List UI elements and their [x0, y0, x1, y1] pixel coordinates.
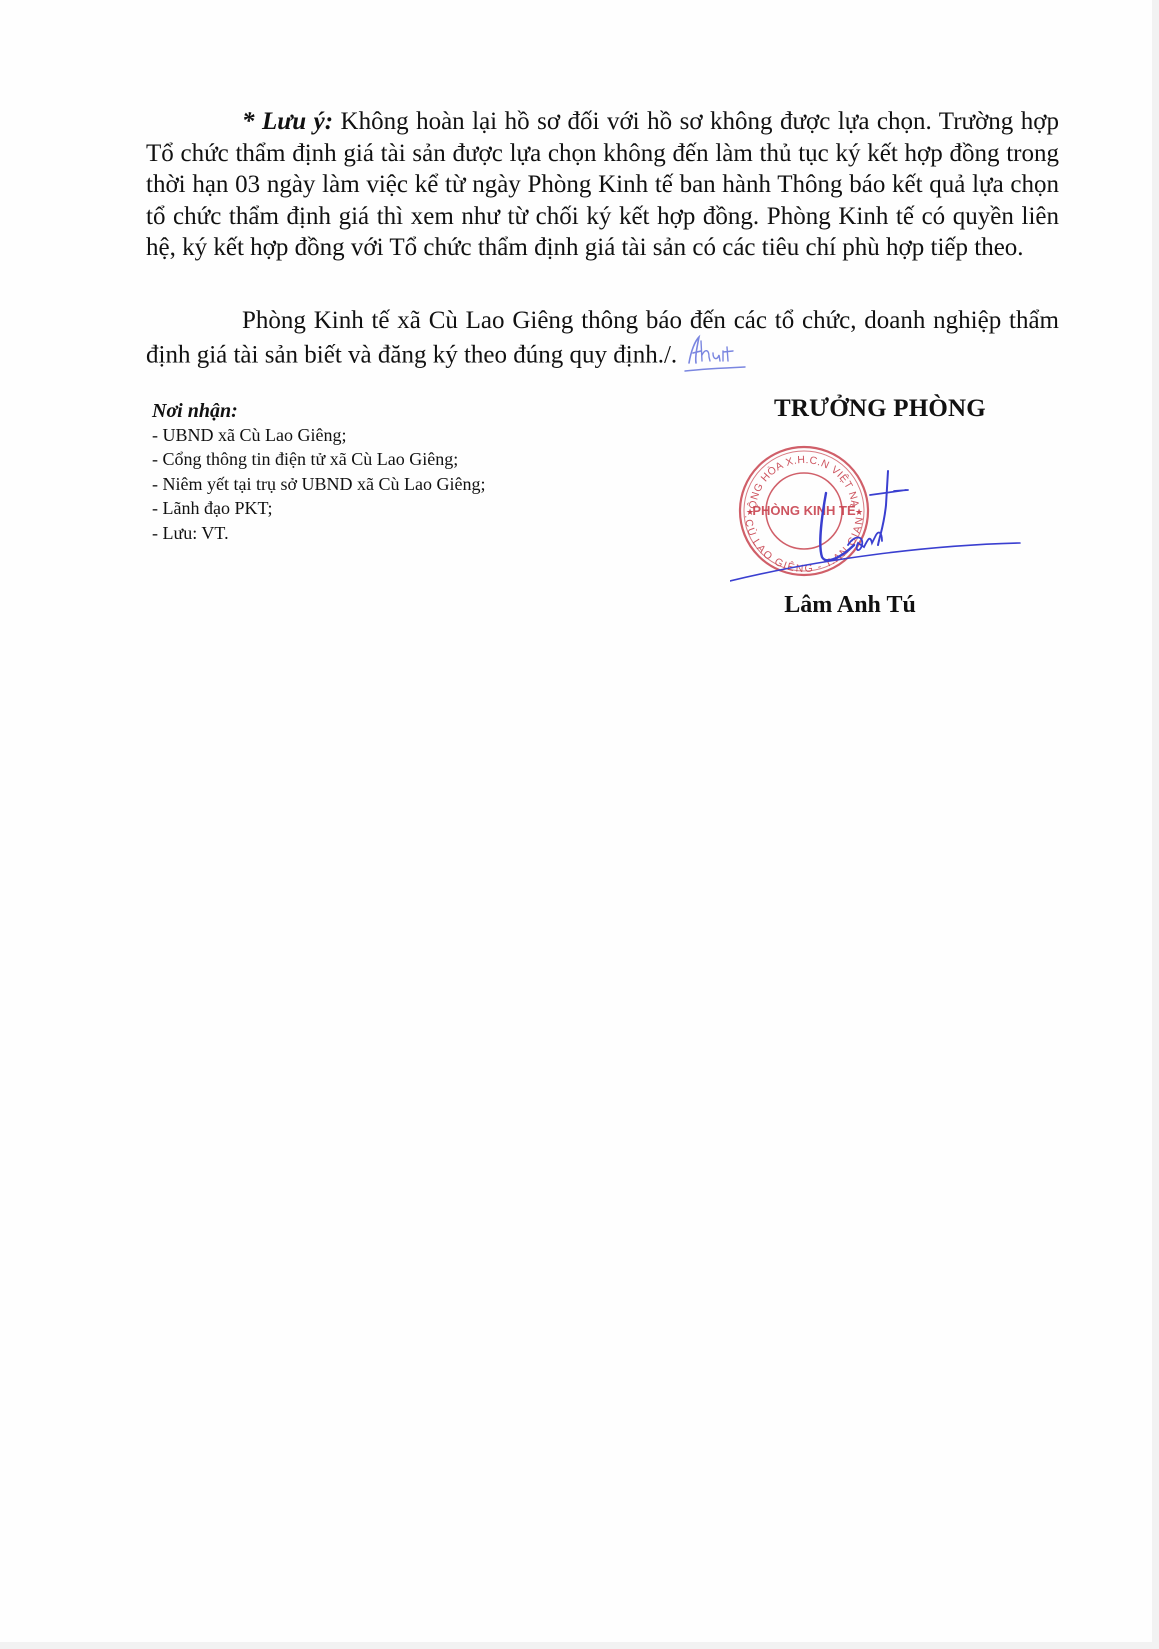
recipients-section: Nơi nhận: - UBND xã Cù Lao Giêng; - Cổng… — [152, 399, 485, 545]
closing-text: Phòng Kinh tế xã Cù Lao Giêng thông báo … — [146, 307, 1059, 368]
handwritten-signature-icon — [730, 435, 1060, 615]
note-label: * Lưu ý: — [242, 108, 333, 135]
recipient-item: - UBND xã Cù Lao Giêng; — [152, 423, 485, 448]
initials-mark-icon — [683, 333, 751, 373]
closing-paragraph: Phòng Kinh tế xã Cù Lao Giêng thông báo … — [146, 305, 1059, 377]
document-page: * Lưu ý: Không hoàn lại hồ sơ đối với hồ… — [0, 0, 1152, 1642]
signature-block: TRƯỞNG PHÒNG CỘNG HÒA X.H.C.N VIỆT NAM X… — [700, 395, 1060, 625]
signer-name: Lâm Anh Tú — [700, 592, 1000, 619]
position-title: TRƯỞNG PHÒNG — [700, 395, 1060, 423]
recipient-item: - Niêm yết tại trụ sở UBND xã Cù Lao Giê… — [152, 472, 485, 497]
note-paragraph: * Lưu ý: Không hoàn lại hồ sơ đối với hồ… — [146, 106, 1059, 264]
recipients-title: Nơi nhận: — [152, 399, 485, 424]
recipients-list: - UBND xã Cù Lao Giêng; - Cổng thông tin… — [152, 423, 485, 546]
recipient-item: - Lãnh đạo PKT; — [152, 496, 485, 521]
recipient-item: - Lưu: VT. — [152, 521, 485, 546]
recipient-item: - Cổng thông tin điện tử xã Cù Lao Giêng… — [152, 447, 485, 472]
